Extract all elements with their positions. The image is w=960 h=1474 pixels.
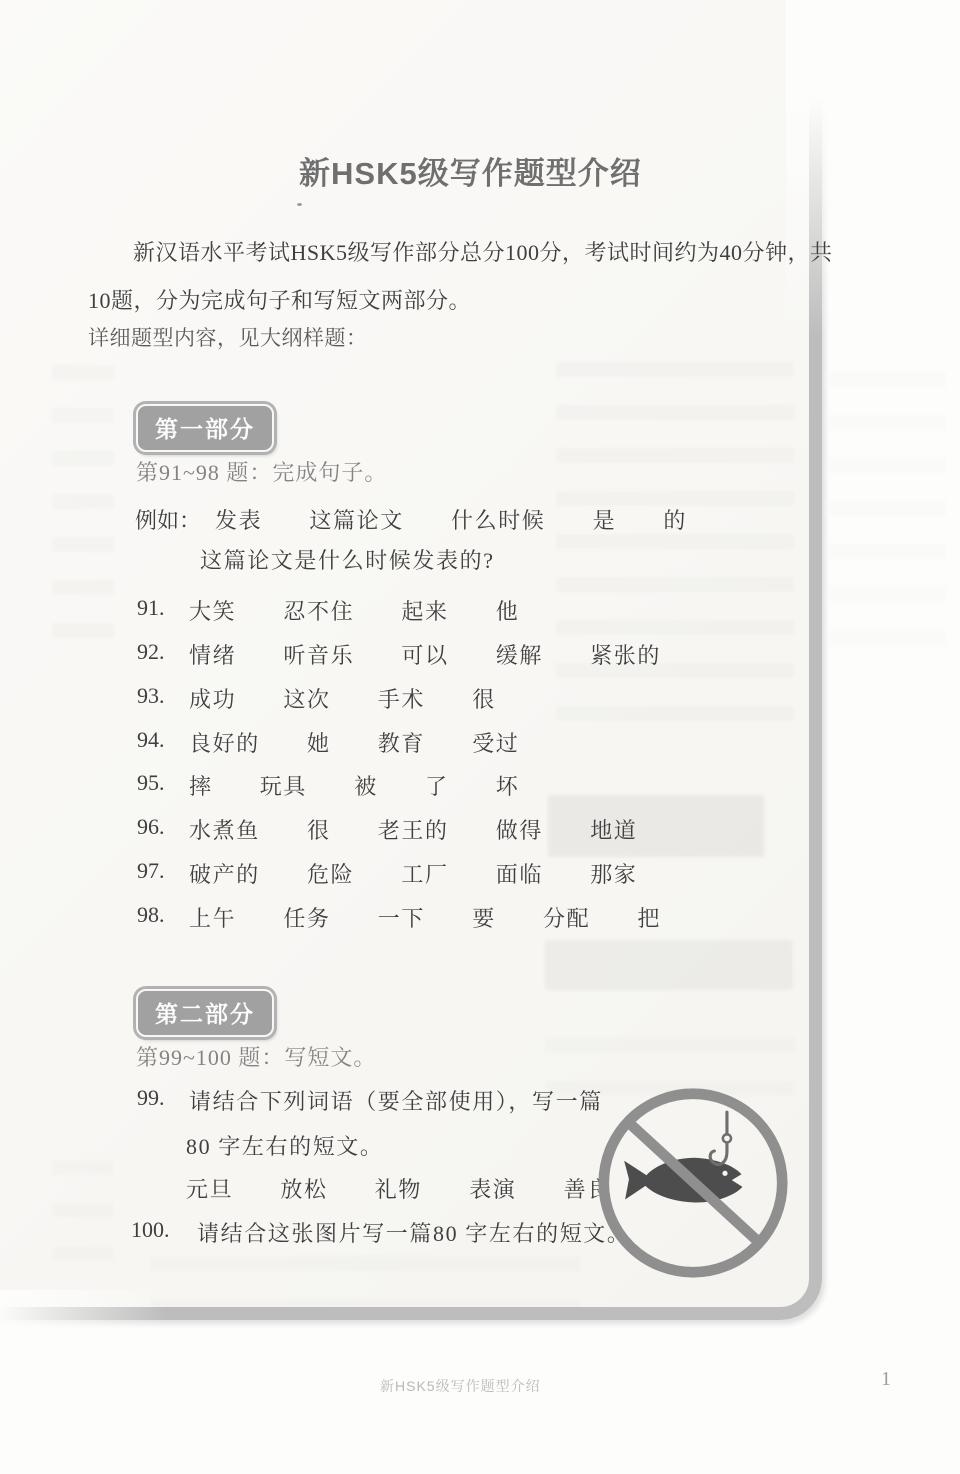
item-93: 93. 成功 这次 手术 很: [137, 683, 496, 714]
item-94: 94. 良好的 她 教育 受过: [137, 727, 519, 758]
item-number: 98.: [137, 902, 189, 933]
item-words: 成功 这次 手术 很: [189, 683, 496, 714]
item-number: 94.: [137, 727, 189, 758]
scanned-textbook-page: { "colors": { "page_bg": "#f8f7f4", "can…: [0, 0, 960, 1474]
item-99: 99. 请结合下列词语（要全部使用），写一篇: [137, 1085, 603, 1116]
item-99-words: 元旦 放松 礼物 表演 善良: [186, 1173, 611, 1204]
part1-badge: 第一部分: [136, 404, 274, 452]
item-words: 良好的 她 教育 受过: [189, 727, 519, 758]
example-answer: 这篇论文是什么时候发表的?: [200, 544, 495, 575]
example-words: 发表 这篇论文 什么时候 是 的: [215, 504, 687, 535]
item-number: 100.: [131, 1217, 197, 1248]
item-number: 93.: [137, 683, 189, 714]
item-words: 水煮鱼 很 老王的 做得 地道: [189, 814, 637, 845]
page-edge-fade-bottom-left: [0, 1290, 166, 1336]
item-number: 96.: [137, 814, 189, 845]
item-97: 97. 破产的 危险 工厂 面临 那家: [137, 858, 637, 889]
item-91: 91. 大笑 忍不住 起来 他: [137, 595, 519, 626]
bleed-through-text: [830, 372, 946, 667]
no-fishing-icon: [596, 1086, 790, 1280]
item-number: 91.: [137, 595, 189, 626]
footer-running-title: 新HSK5级写作题型介绍: [380, 1376, 541, 1396]
intro-note: 详细题型内容，见大纲样题：: [88, 322, 368, 352]
item-prompt: 请结合这张图片写一篇80 字左右的短文。: [197, 1217, 631, 1248]
item-100: 100. 请结合这张图片写一篇80 字左右的短文。: [131, 1217, 631, 1248]
item-95: 95. 摔 玩具 被 了 坏: [137, 770, 519, 801]
page-edge-fade-top: [786, 0, 836, 336]
intro-line-2: 10题，分为完成句子和写短文两部分。: [88, 284, 471, 315]
item-words: 上午 任务 一下 要 分配 把: [189, 902, 661, 933]
no-fishing-sign-image: [596, 1086, 790, 1280]
item-96: 96. 水煮鱼 很 老王的 做得 地道: [137, 814, 637, 845]
item-words: 情绪 听音乐 可以 缓解 紧张的: [189, 639, 661, 670]
item-number: 95.: [137, 770, 189, 801]
item-number: 92.: [137, 639, 189, 670]
item-number: 99.: [137, 1085, 189, 1116]
item-prompt: 请结合下列词语（要全部使用），写一篇: [189, 1085, 603, 1116]
item-words: 破产的 危险 工厂 面临 那家: [189, 858, 637, 889]
item-words: 大笑 忍不住 起来 他: [189, 595, 519, 626]
part2-badge: 第二部分: [136, 989, 274, 1037]
footer-page-number: 1: [881, 1368, 891, 1391]
example-label: 例如：: [135, 504, 215, 535]
example-row: 例如： 发表 这篇论文 什么时候 是 的: [135, 504, 687, 535]
part2-subtitle: 第99~100 题：写短文。: [136, 1041, 376, 1072]
item-99-prompt-line2: 80 字左右的短文。: [186, 1130, 384, 1161]
part1-subtitle: 第91~98 题：完成句子。: [136, 456, 387, 487]
scan-speck: [297, 203, 302, 206]
item-number: 97.: [137, 858, 189, 889]
page-title: 新HSK5级写作题型介绍: [299, 148, 642, 193]
item-98: 98. 上午 任务 一下 要 分配 把: [137, 902, 661, 933]
item-words: 摔 玩具 被 了 坏: [189, 770, 519, 801]
intro-line-1: 新汉语水平考试HSK5级写作部分总分100分，考试时间约为40分钟，共: [133, 236, 833, 267]
item-92: 92. 情绪 听音乐 可以 缓解 紧张的: [137, 639, 661, 670]
